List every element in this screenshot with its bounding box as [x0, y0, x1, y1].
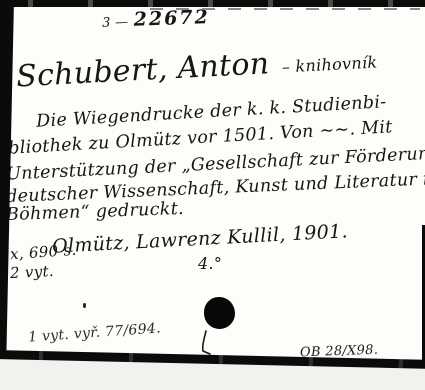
dust-speck — [83, 303, 86, 308]
author-name: Schubert, Anton — [15, 46, 270, 94]
pencil-mark-below-hole — [197, 330, 215, 356]
extent-note: x, 690 s. — [9, 241, 77, 264]
scan-edge-top — [0, 0, 425, 7]
scan-edge-top-dashes — [150, 8, 420, 10]
call-number-prefix: 3 — — [102, 15, 129, 31]
copies-note: 2 vyt. — [10, 262, 55, 282]
processing-note: 1 vyt. vyř. 77/694. — [28, 320, 162, 345]
punch-hole — [204, 297, 235, 329]
author-role-note: – knihovník — [281, 53, 377, 77]
imprint-line: Olmütz, Lawrenz Kullil, 1901. — [52, 220, 349, 257]
format-note: 4.° — [198, 254, 222, 273]
heading: Schubert, Anton – knihovník — [15, 41, 378, 95]
catalog-card-scan: 3 — 22672 Schubert, Anton – knihovník Di… — [0, 0, 425, 390]
